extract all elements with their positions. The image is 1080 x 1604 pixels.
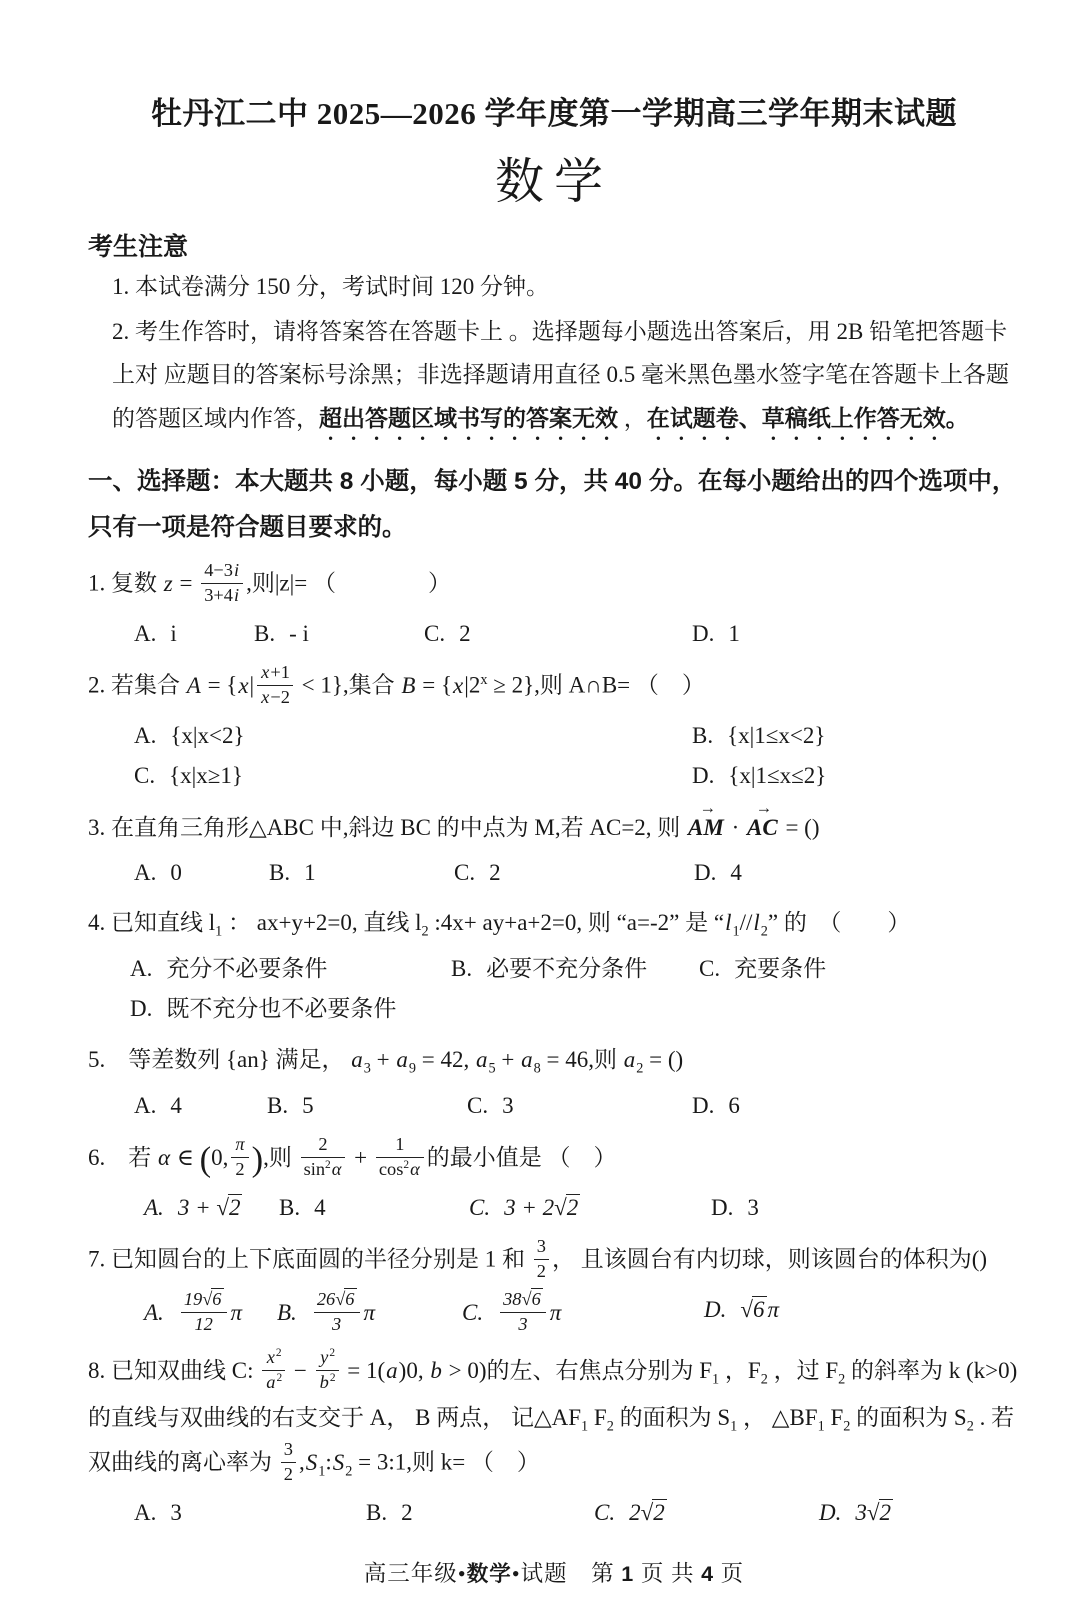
options-row: A.3B.2C.2√2D.3√2	[134, 1493, 1020, 1533]
math-italic: α	[157, 1145, 171, 1170]
option-content: 既不充分也不必要条件	[166, 996, 396, 1021]
fraction-denominator: 12	[181, 1313, 227, 1337]
option-A: A.0	[134, 853, 269, 893]
option-label: C.	[424, 621, 445, 646]
option-label: A.	[144, 1300, 164, 1325]
option-content: {x|1≤x≤2}	[728, 763, 826, 788]
option-label: B.	[254, 621, 275, 646]
option-label: B.	[267, 1093, 288, 1118]
radicand: 2	[228, 1194, 243, 1220]
option-content: 5	[302, 1093, 314, 1118]
option-content: 0	[170, 860, 182, 885]
fraction-denominator: x−2	[257, 686, 293, 710]
option-content: 26√63π	[311, 1300, 376, 1325]
option-C: C.3 + 2√2	[469, 1188, 711, 1228]
math-italic: a	[265, 1372, 276, 1392]
fraction-numerator: 26√6	[314, 1288, 360, 1313]
option-label: C.	[699, 956, 720, 981]
fraction-denominator: 3+4i	[201, 584, 243, 608]
math-sqrt: √6	[521, 1288, 542, 1309]
option-content: 6	[728, 1093, 740, 1118]
subscript: 2	[761, 923, 768, 939]
math-fraction: 2sin2α	[301, 1133, 346, 1182]
option-C: C.2	[424, 614, 692, 654]
math-sqrt: √2	[641, 1499, 667, 1525]
option-B: B.- i	[254, 614, 424, 654]
subscript: 1	[318, 1464, 325, 1480]
fraction-numerator: y2	[316, 1346, 339, 1371]
fraction-numerator: 3	[534, 1235, 549, 1260]
subscript: 1	[732, 923, 739, 939]
fraction-numerator: 19√6	[181, 1288, 227, 1313]
radicand: 2	[566, 1194, 581, 1220]
fraction-denominator: 3	[500, 1313, 546, 1337]
subscript: 2	[838, 1371, 845, 1387]
superscript: 2	[330, 1372, 336, 1384]
fraction-numerator: 38√6	[500, 1288, 546, 1313]
subscript: 2	[843, 1419, 850, 1435]
math-italic: x	[260, 687, 270, 707]
option-content: 3 + 2√2	[504, 1194, 580, 1220]
option-label: D.	[704, 1297, 726, 1322]
option-A: A.3	[134, 1493, 366, 1533]
fraction-numerator: 4−3i	[201, 559, 243, 584]
math-italic: b	[319, 1372, 330, 1392]
option-label: A.	[134, 723, 156, 748]
question-stem: 4. 已知直线 l1 ： ax+y+2=0, 直线 l2 :4x+ ay+a+2…	[88, 902, 1020, 945]
math-italic: a	[385, 1358, 399, 1383]
math-fraction: 1cos2α	[376, 1133, 424, 1182]
math-italic: a	[350, 1047, 364, 1072]
option-label: B.	[269, 860, 290, 885]
options-row: A.19√612πB.26√63πC.38√63πD.√6π	[144, 1290, 1020, 1339]
math-fraction: x2a2	[262, 1346, 285, 1395]
math-italic: B	[400, 673, 416, 698]
section-heading: 一、选择题：本大题共 8 小题，每小题 5 分，共 40 分。在每小题给出的四个…	[88, 459, 1020, 552]
questions-list: 1. 复数 z = 4−3i3+4i,则|z|= （ ） A.iB.- iC.2…	[88, 561, 1020, 1534]
question-2: 2. 若集合 A = {x|x+1x−2 < 1},集合 B = {x|2x ≥…	[88, 663, 1020, 796]
option-content: {x|x<2}	[170, 723, 244, 748]
math-italic: a	[623, 1047, 637, 1072]
math-italic: π	[549, 1300, 563, 1325]
radical-sign-icon: √	[740, 1297, 752, 1322]
subscript: 2	[761, 1371, 768, 1387]
superscript: 2	[276, 1372, 282, 1384]
option-C: C.38√63π	[462, 1290, 704, 1339]
bold-run: 4	[701, 1562, 714, 1586]
option-D: D.{x|1≤x≤2}	[692, 756, 1020, 796]
notice-item-2: 2. 考生作答时，请将答案答在答题卡上 。选择题每小题选出答案后，用 2B 铅笔…	[112, 310, 1020, 444]
question-stem: 7. 已知圆台的上下底面圆的半径分别是 1 和 32， 且该圆台有内切球，则该圆…	[88, 1237, 1020, 1286]
math-sqrt: √6	[740, 1296, 766, 1322]
math-italic: i	[233, 560, 240, 580]
subscript: 2	[967, 1419, 974, 1435]
big-paren: (	[200, 1140, 212, 1178]
math-fraction: 32	[281, 1438, 296, 1487]
math-italic: b	[429, 1358, 443, 1383]
option-label: A.	[130, 956, 152, 981]
superscript: 2	[329, 1347, 335, 1359]
fraction-numerator: π	[231, 1133, 248, 1158]
option-B: B.2	[366, 1493, 594, 1533]
math-italic: π	[234, 1134, 245, 1154]
subscript: 9	[409, 1060, 416, 1076]
option-label: C.	[594, 1500, 615, 1525]
option-label: B.	[277, 1300, 297, 1325]
option-A: A.4	[134, 1086, 267, 1126]
option-A: A.{x|x<2}	[134, 716, 692, 756]
radicand: 6	[531, 1288, 543, 1309]
fraction-numerator: x+1	[257, 661, 293, 686]
math-italic: a	[475, 1047, 489, 1072]
option-content: 3 + √2	[178, 1194, 243, 1220]
option-content: 2	[489, 860, 501, 885]
option-label: D.	[692, 1093, 714, 1118]
option-D: D.6	[692, 1086, 1020, 1126]
radicand: 6	[211, 1288, 223, 1309]
math-italic: S	[332, 1450, 346, 1475]
options-row: A.0B.1C.2D.4	[134, 853, 1020, 893]
options-row: A.3 + √2B.4C.3 + 2√2D.3	[144, 1188, 1020, 1228]
notice-heading: 考生注意	[88, 227, 1020, 263]
subscript: 2	[422, 923, 429, 939]
option-content: 1	[304, 860, 316, 885]
question-6: 6. 若 α ∈ (0,π2),则 2sin2α + 1cos2α的最小值是 （…	[88, 1135, 1020, 1228]
option-C: C.{x|x≥1}	[134, 756, 692, 796]
option-label: A.	[134, 1500, 156, 1525]
option-content: 1	[728, 621, 740, 646]
option-content: 3√2	[855, 1499, 893, 1525]
question-stem: 3. 在直角三角形△ABC 中,斜边 BC 的中点为 M,若 AC=2, 则 A…	[88, 805, 1020, 848]
question-5: 5. 等差数列 {an} 满足， a3 + a9 = 42, a5 + a8 =…	[88, 1039, 1020, 1127]
options-row: A.4B.5C.3D.6	[134, 1086, 1020, 1126]
fraction-numerator: x2	[262, 1346, 285, 1371]
option-label: A.	[134, 1093, 156, 1118]
math-italic: π	[363, 1300, 377, 1325]
question-stem: 5. 等差数列 {an} 满足， a3 + a9 = 42, a5 + a8 =…	[88, 1039, 1020, 1082]
math-fraction: 4−3i3+4i	[201, 559, 243, 608]
option-content: 38√63π	[497, 1300, 562, 1325]
option-B: B.4	[279, 1188, 469, 1228]
option-D: D.3	[711, 1188, 1020, 1228]
option-label: C.	[134, 763, 155, 788]
question-4: 4. 已知直线 l1 ： ax+y+2=0, 直线 l2 :4x+ ay+a+2…	[88, 902, 1020, 1030]
math-vector: AC	[747, 805, 778, 848]
question-1: 1. 复数 z = 4−3i3+4i,则|z|= （ ） A.iB.- iC.2…	[88, 561, 1020, 654]
math-italic: x	[266, 1347, 276, 1367]
options-row: A.{x|x<2}B.{x|1≤x<2}C.{x|x≥1}D.{x|1≤x≤2}	[134, 716, 1020, 797]
question-stem: 8. 已知双曲线 C: x2a2 − y2b2 = 1(a)0, b > 0)的…	[88, 1348, 1020, 1489]
page-footer: 高三年级•数学•试题 第 1 页 共 4 页	[88, 1556, 1020, 1588]
options-row: A.充分不必要条件B.必要不充分条件C.充要条件D.既不充分也不必要条件	[130, 949, 1020, 1030]
option-content: 4	[730, 860, 742, 885]
question-7: 7. 已知圆台的上下底面圆的半径分别是 1 和 32， 且该圆台有内切球，则该圆…	[88, 1237, 1020, 1339]
math-vector: AM	[688, 805, 724, 848]
option-A: A.i	[134, 614, 254, 654]
math-italic: S	[305, 1450, 319, 1475]
big-paren: )	[252, 1140, 264, 1178]
options-row: A.iB.- iC.2D.1	[134, 614, 1020, 654]
exam-title: 牡丹江二中 2025—2026 学年度第一学期高三学年期末试题	[88, 88, 1020, 133]
option-content: 充要条件	[734, 956, 826, 981]
radicand: 6	[344, 1288, 356, 1309]
option-A: A.19√612π	[144, 1290, 277, 1339]
option-label: D.	[692, 763, 714, 788]
exam-subject: 数学	[88, 143, 1020, 213]
subscript: 1	[712, 1371, 719, 1387]
math-italic: x	[452, 673, 464, 698]
math-italic: l	[752, 910, 760, 935]
option-label: D.	[130, 996, 152, 1021]
option-content: 3	[747, 1195, 759, 1220]
math-sqrt: √6	[335, 1288, 356, 1309]
option-A: A.充分不必要条件	[130, 949, 451, 989]
option-label: A.	[134, 860, 156, 885]
option-label: A.	[134, 621, 156, 646]
radical-sign-icon: √	[641, 1500, 653, 1525]
subscript: 2	[636, 1060, 643, 1076]
emphasized-run: 在试题卷、草稿纸上作答无效。	[647, 405, 969, 431]
subscript: 8	[534, 1060, 541, 1076]
option-content: √6π	[740, 1296, 780, 1322]
option-label: D.	[692, 621, 714, 646]
option-B: B.5	[267, 1086, 467, 1126]
fraction-denominator: a2	[262, 1371, 285, 1395]
radicand: 2	[879, 1499, 894, 1525]
option-B: B.1	[269, 853, 454, 893]
subscript: 1	[730, 1419, 737, 1435]
math-sqrt: √6	[202, 1288, 223, 1309]
radical-sign-icon: √	[216, 1195, 228, 1220]
exam-page: 牡丹江二中 2025—2026 学年度第一学期高三学年期末试题 数学 考生注意 …	[0, 0, 1080, 1588]
math-fraction: y2b2	[316, 1346, 339, 1395]
math-italic: x	[237, 673, 249, 698]
fraction-denominator: 2	[231, 1158, 248, 1182]
subscript: 3	[364, 1060, 371, 1076]
option-content: 3	[502, 1093, 514, 1118]
notice-item-1: 1. 本试卷满分 150 分，考试时间 120 分钟。	[112, 265, 1020, 308]
math-sqrt: √2	[554, 1194, 580, 1220]
radicand: 2	[652, 1499, 667, 1525]
option-content: 19√612π	[178, 1300, 243, 1325]
option-label: C.	[462, 1300, 483, 1325]
math-italic: y	[319, 1347, 329, 1367]
option-label: B.	[366, 1500, 387, 1525]
math-italic: a	[395, 1047, 409, 1072]
notice-section: 考生注意 1. 本试卷满分 150 分，考试时间 120 分钟。 2. 考生作答…	[88, 227, 1020, 445]
option-B: B.26√63π	[277, 1290, 462, 1339]
option-label: B.	[451, 956, 472, 981]
superscript: 2	[276, 1347, 282, 1359]
math-italic: i	[233, 585, 240, 605]
option-B: B.必要不充分条件	[451, 949, 699, 989]
math-fraction: x+1x−2	[257, 661, 293, 710]
math-italic: z	[163, 571, 174, 596]
option-D: D.3√2	[819, 1493, 1020, 1533]
fraction-denominator: 2	[281, 1463, 296, 1487]
option-content: 3	[170, 1500, 182, 1525]
math-fraction: π2	[231, 1133, 248, 1182]
subscript: 1	[215, 923, 222, 939]
question-8: 8. 已知双曲线 C: x2a2 − y2b2 = 1(a)0, b > 0)的…	[88, 1348, 1020, 1533]
option-content: 4	[170, 1093, 182, 1118]
math-italic: π	[767, 1297, 781, 1322]
option-label: C.	[454, 860, 475, 885]
option-content: {x|x≥1}	[169, 763, 243, 788]
fraction-denominator: b2	[316, 1371, 339, 1395]
option-content: 必要不充分条件	[486, 956, 647, 981]
option-label: B.	[279, 1195, 300, 1220]
emphasized-run: 超出答题区域书写的答案无效	[319, 405, 618, 431]
option-D: D.1	[692, 614, 1020, 654]
option-content: 2	[459, 621, 471, 646]
question-stem: 6. 若 α ∈ (0,π2),则 2sin2α + 1cos2α的最小值是 （…	[88, 1135, 1020, 1184]
math-italic: α	[409, 1159, 421, 1179]
option-label: B.	[692, 723, 713, 748]
question-3: 3. 在直角三角形△ABC 中,斜边 BC 的中点为 M,若 AC=2, 则 A…	[88, 805, 1020, 893]
option-C: C.2√2	[594, 1493, 819, 1533]
option-D: D.既不充分也不必要条件	[130, 989, 1020, 1029]
subscript: 5	[489, 1060, 496, 1076]
option-label: D.	[711, 1195, 733, 1220]
math-italic: A	[186, 673, 202, 698]
math-fraction: 19√612	[181, 1288, 227, 1337]
option-label: A.	[144, 1195, 164, 1220]
option-label: D.	[819, 1500, 841, 1525]
option-C: C.充要条件	[699, 949, 1020, 989]
option-content: - i	[289, 621, 309, 646]
option-label: D.	[694, 860, 716, 885]
option-content: 4	[314, 1195, 326, 1220]
subscript: 2	[607, 1419, 614, 1435]
fraction-denominator: 2	[534, 1260, 549, 1284]
question-stem: 2. 若集合 A = {x|x+1x−2 < 1},集合 B = {x|2x ≥…	[88, 663, 1020, 712]
subscript: 1	[581, 1419, 588, 1435]
fraction-numerator: 2	[301, 1133, 346, 1158]
math-fraction: 32	[534, 1235, 549, 1284]
subscript: 1	[818, 1419, 825, 1435]
option-D: D.4	[694, 853, 1020, 893]
fraction-numerator: 1	[376, 1133, 424, 1158]
fraction-denominator: sin2α	[301, 1158, 346, 1182]
option-content: 充分不必要条件	[166, 956, 327, 981]
math-sqrt: √2	[216, 1194, 242, 1220]
option-content: {x|1≤x<2}	[727, 723, 825, 748]
bold-run: 数学	[467, 1562, 512, 1586]
option-label: C.	[467, 1093, 488, 1118]
radicand: 6	[752, 1296, 767, 1322]
option-C: C.2	[454, 853, 694, 893]
option-D: D.√6π	[704, 1290, 1020, 1339]
fraction-denominator: cos2α	[376, 1158, 424, 1182]
radical-sign-icon: √	[867, 1500, 879, 1525]
math-sqrt: √2	[867, 1499, 893, 1525]
option-B: B.{x|1≤x<2}	[692, 716, 1020, 756]
math-italic: a	[520, 1047, 534, 1072]
option-A: A.3 + √2	[144, 1188, 279, 1228]
option-C: C.3	[467, 1086, 692, 1126]
fraction-numerator: 3	[281, 1438, 296, 1463]
math-italic: α	[331, 1159, 343, 1179]
option-content: 2√2	[629, 1499, 667, 1525]
math-fraction: 38√63	[500, 1288, 546, 1337]
superscript: x	[480, 672, 487, 688]
option-content: 2	[401, 1500, 413, 1525]
math-italic: π	[230, 1300, 244, 1325]
subscript: 2	[345, 1464, 352, 1480]
bold-run: 1	[621, 1562, 634, 1586]
notice-items: 1. 本试卷满分 150 分，考试时间 120 分钟。 2. 考生作答时，请将答…	[112, 265, 1020, 445]
option-label: C.	[469, 1195, 490, 1220]
radical-sign-icon: √	[554, 1195, 566, 1220]
math-italic: x	[260, 662, 270, 682]
question-stem: 1. 复数 z = 4−3i3+4i,则|z|= （ ）	[88, 561, 1020, 610]
math-fraction: 26√63	[314, 1288, 360, 1337]
fraction-denominator: 3	[314, 1313, 360, 1337]
option-content: i	[170, 621, 176, 646]
